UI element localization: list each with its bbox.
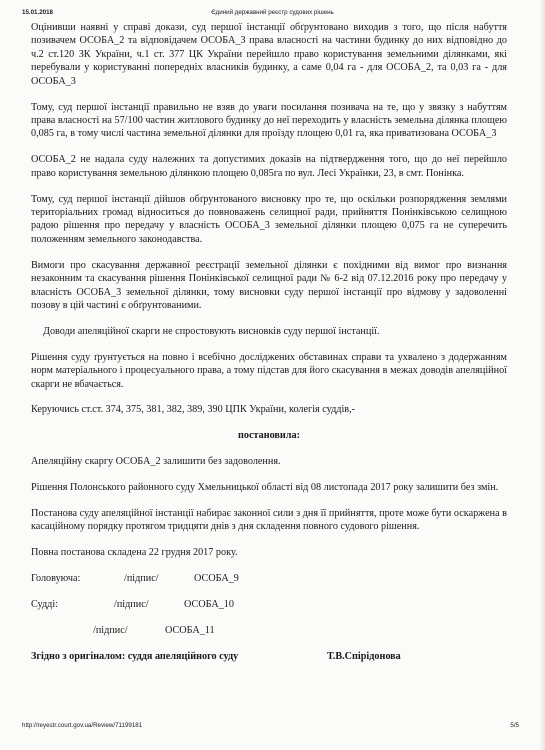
- document-page: 15.01.2018 Єдиний державний реєстр судов…: [0, 0, 545, 750]
- signature-judge-1: Судді: /підпис/ ОСОБА_10: [31, 598, 507, 611]
- page-footer: http://reyestr.court.gov.ua/Review/71199…: [22, 722, 523, 732]
- page-header: 15.01.2018 Єдиний державний реєстр судов…: [22, 9, 523, 19]
- paragraph: Вимоги про скасування державної реєстрац…: [31, 259, 507, 313]
- judge2-signature: /підпис/: [93, 624, 128, 637]
- presiding-signature: /підпис/: [124, 572, 159, 585]
- resolution-item: Повна постанова складена 22 грудня 2017 …: [31, 546, 507, 559]
- certified-name: Т.В.Спірідонова: [327, 650, 401, 663]
- signature-judge-2: /підпис/ ОСОБА_11: [31, 624, 507, 637]
- paragraph: Тому, суд першої інстанції дійшов обґрун…: [31, 193, 507, 247]
- source-url: http://reyestr.court.gov.ua/Review/71199…: [22, 722, 142, 729]
- resolution-heading: постановила:: [31, 429, 507, 442]
- certified-label: Згідно з оригіналом: суддя апеляційного …: [31, 650, 238, 663]
- paragraph: Оцінивши наявні у справі докази, суд пер…: [31, 21, 507, 88]
- presiding-name: ОСОБА_9: [194, 572, 239, 585]
- paragraph: ОСОБА_2 не надала суду належних та допус…: [31, 153, 507, 180]
- document-body: Оцінивши наявні у справі докази, суд пер…: [31, 21, 507, 676]
- resolution-item: Постанова суду апеляційної інстанції наб…: [31, 507, 507, 534]
- paragraph: Доводи апеляційної скарги не спростовуют…: [31, 325, 507, 338]
- certification: Згідно з оригіналом: суддя апеляційного …: [31, 650, 507, 663]
- page-number: 5/5: [510, 722, 519, 729]
- signature-presiding: Головуюча: /підпис/ ОСОБА_9: [31, 572, 507, 585]
- judge2-name: ОСОБА_11: [165, 624, 215, 637]
- judge1-signature: /підпис/: [114, 598, 149, 611]
- judges-label: Судді:: [31, 598, 58, 611]
- judge1-name: ОСОБА_10: [184, 598, 234, 611]
- resolution-item: Апеляційну скаргу ОСОБА_2 залишити без з…: [31, 455, 507, 468]
- header-title: Єдиний державний реєстр судових рішень: [22, 9, 523, 16]
- paragraph: Тому, суд першої інстанції правильно не …: [31, 101, 507, 141]
- resolution-item: Рішення Полонського районного суду Хмель…: [31, 481, 507, 494]
- paragraph: Рішення суду ґрунтується на повно і всеб…: [31, 351, 507, 391]
- paragraph: Керуючись ст.ст. 374, 375, 381, 382, 389…: [31, 403, 507, 416]
- presiding-label: Головуюча:: [31, 572, 80, 585]
